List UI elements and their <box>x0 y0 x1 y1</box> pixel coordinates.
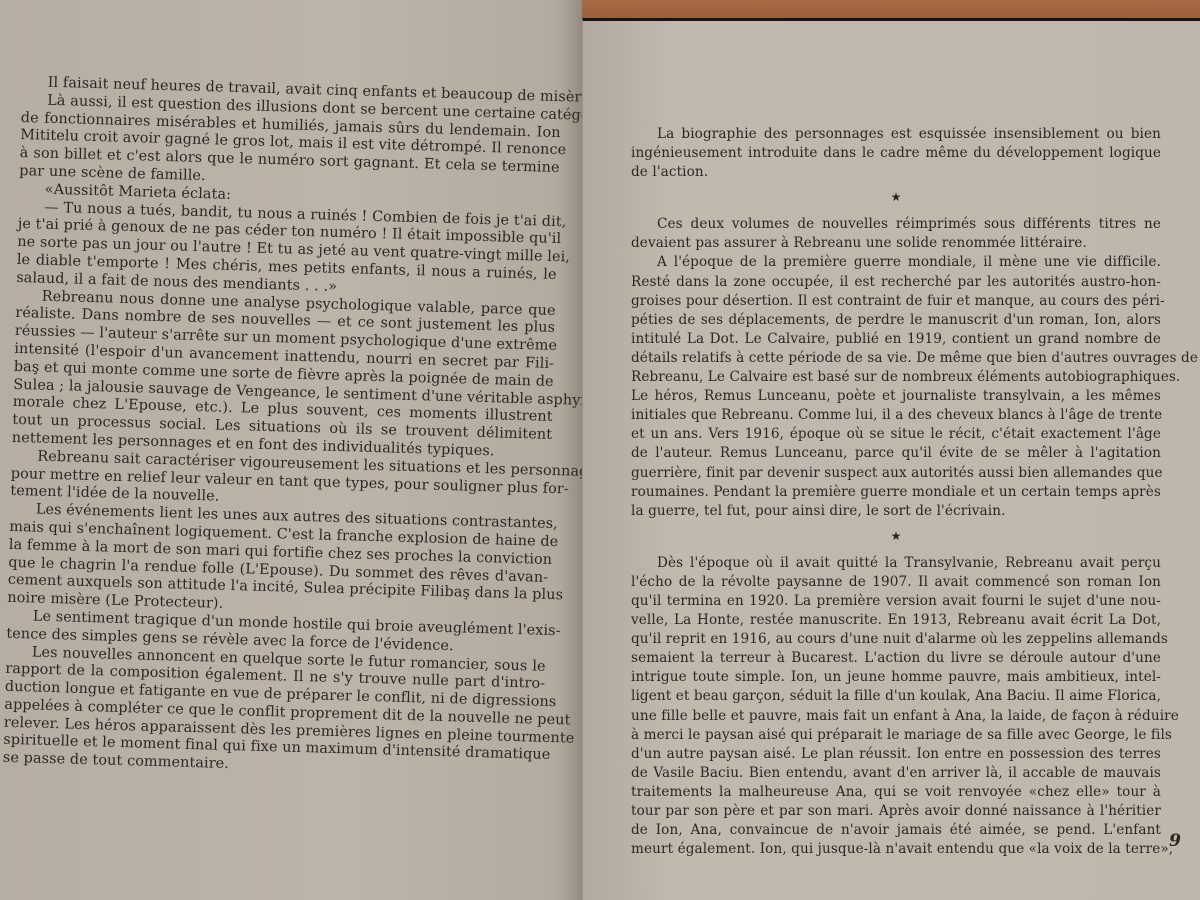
text-line: détails relatifs à cette période de sa v… <box>631 349 1161 368</box>
left-page: Il faisait neuf heures de travail, avait… <box>0 0 582 900</box>
text-line: et un ans. Vers 1916, époque où se situe… <box>631 425 1161 444</box>
text-line: une fille belle et pauvre, mais fait un … <box>631 707 1161 726</box>
text-line: de Vasile Baciu. Bien entendu, avant d'e… <box>631 764 1161 783</box>
text-line: de Ion, Ana, convaincue de n'avoir jamai… <box>631 821 1161 840</box>
text-line: A l'époque de la première guerre mondial… <box>631 253 1161 272</box>
text-line: de l'action. <box>631 163 1161 182</box>
text-line: intitulé La Dot. Le Calvaire, publié en … <box>631 330 1161 349</box>
text-line: meurt également. Ion, qui jusque-là n'av… <box>631 840 1161 859</box>
text-line: la guerre, tel fut, pour ainsi dire, le … <box>631 502 1161 521</box>
text-line: guerrière, finit par devenir suspect aux… <box>631 464 1161 483</box>
text-line: initiales que Rebreanu. Comme lui, il a … <box>631 406 1161 425</box>
text-line: traitements la malheureuse Ana, qui se v… <box>631 783 1161 802</box>
text-line: l'écho de la révolte paysanne de 1907. I… <box>631 573 1161 592</box>
text-line: péties de ses déplacements, de perdre le… <box>631 311 1161 330</box>
text-line: semaient la terreur à Bucarest. L'action… <box>631 649 1161 668</box>
text-line: ligent et beau garçon, séduit la fille d… <box>631 687 1161 706</box>
left-page-text: Il faisait neuf heures de travail, avait… <box>3 74 562 783</box>
section-separator-star: ★ <box>631 527 1161 546</box>
text-line: de l'auteur. Remus Lunceanu, parce qu'il… <box>631 444 1161 463</box>
right-page: La biographie des personnages est esquis… <box>582 18 1200 900</box>
text-line: roumaines. Pendant la première guerre mo… <box>631 483 1161 502</box>
text-line: Rebreanu, Le Calvaire est basé sur de no… <box>631 368 1161 387</box>
book-gutter <box>560 0 582 900</box>
right-page-text: La biographie des personnages est esquis… <box>631 125 1161 859</box>
text-line: Dès l'époque où il avait quitté la Trans… <box>631 554 1161 573</box>
page-number: 9 <box>1169 831 1181 851</box>
section-ion-novel: Dès l'époque où il avait quitté la Trans… <box>631 554 1161 860</box>
text-line: qu'il termina en 1920. La première versi… <box>631 592 1161 611</box>
text-line: velle, La Honte, restée manuscrite. En 1… <box>631 611 1161 630</box>
text-line: Resté dans la zone occupée, il est reche… <box>631 273 1161 292</box>
text-line: Le héros, Remus Lunceanu, poète et journ… <box>631 387 1161 406</box>
text-line: tour par son père et par son mari. Après… <box>631 802 1161 821</box>
text-line: groises pour désertion. Il est contraint… <box>631 292 1161 311</box>
text-line: d'un autre paysan aisé. Le plan réussit.… <box>631 745 1161 764</box>
text-line: intrigue toute simple. Ion, un jeune hom… <box>631 668 1161 687</box>
table-surface <box>580 0 1200 20</box>
text-line: qu'il reprit en 1916, au cours d'une nui… <box>631 630 1161 649</box>
paragraph-biography: La biographie des personnages est esquis… <box>631 125 1161 182</box>
section-war-years: Ces deux volumes de nouvelles réimprimés… <box>631 215 1161 521</box>
text-line: devaient pas assurer à Rebreanu une soli… <box>631 234 1161 253</box>
section-separator-star: ★ <box>631 188 1161 207</box>
text-line: ingénieusement introduite dans le cadre … <box>631 144 1161 163</box>
text-line: à merci le paysan aisé qui préparait le … <box>631 726 1161 745</box>
text-line: Ces deux volumes de nouvelles réimprimés… <box>631 215 1161 234</box>
text-line: La biographie des personnages est esquis… <box>631 125 1161 144</box>
